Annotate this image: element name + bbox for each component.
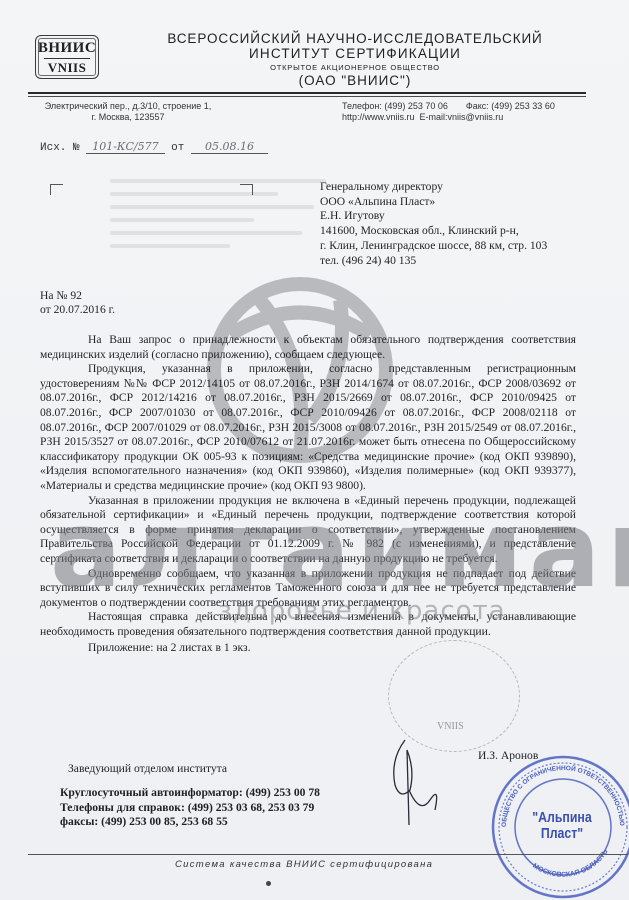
logo-ru: ВНИИС: [36, 40, 98, 57]
outgoing-date: 05.08.16: [191, 140, 268, 154]
company-stamp-label-wrap: "Альпина Пласт": [488, 752, 629, 900]
org-email: E-mail:vniis@vniis.ru: [420, 112, 504, 122]
handwritten-signature: [385, 730, 455, 830]
vniis-logo: ВНИИС VNIIS: [35, 35, 99, 79]
in-reply-to: На № 92 от 20.07.2016 г.: [40, 289, 115, 317]
date-label: от: [171, 142, 184, 154]
signatory-title: Заведующий отделом института: [68, 762, 227, 775]
address-corner-right: [240, 184, 253, 195]
outgoing-label: Исх. №: [40, 142, 80, 154]
recipient-line: 141600, Московская обл., Клинский р-н,: [320, 224, 547, 239]
reference-phones: Телефоны для справок: (499) 253 03 68, 2…: [60, 801, 320, 816]
body-paragraph: Настоящая справка действительна до внесе…: [40, 610, 576, 639]
body-paragraph: Указанная в приложении продукция не вклю…: [40, 494, 576, 567]
recipient-line: г. Клин, Ленинградское шоссе, 88 км, стр…: [320, 239, 547, 254]
org-address: Электрический пер., д.3/10, строение 1, …: [28, 101, 228, 123]
logo-divider: [44, 58, 90, 59]
recipient-block: Генеральному директору ООО «Альпина Плас…: [320, 180, 547, 268]
in-reply-number: На № 92: [40, 289, 115, 303]
bleed-through-texture: [110, 170, 350, 300]
recipient-line: Е.Н. Игутову: [320, 209, 547, 224]
document-page: ВНИИС VNIIS ВСЕРОССИЙСКИЙ НАУЧНО-ИССЛЕДО…: [0, 0, 629, 900]
letter-body: На Ваш запрос о принадлежности к объекта…: [40, 333, 576, 656]
outgoing-number: 101-КС/577: [86, 140, 164, 154]
logo-en: VNIIS: [36, 60, 98, 76]
footer-rule: [28, 854, 628, 855]
quality-certification-note: Система качества ВНИИС сертифицирована: [175, 859, 433, 870]
letterhead-rule-thin: [28, 96, 586, 97]
recipient-line: Генеральному директору: [320, 180, 547, 195]
in-reply-date: от 20.07.2016 г.: [40, 303, 115, 317]
body-paragraph: Одновременно сообщаем, что указанная в п…: [40, 567, 576, 611]
org-phone: Телефон: (499) 253 70 06: [342, 101, 448, 111]
recipient-line: тел. (496 24) 40 135: [320, 254, 547, 269]
org-fax: Факс: (499) 253 33 60: [466, 101, 555, 111]
org-type: ОТКРЫТОЕ АКЦИОНЕРНОЕ ОБЩЕСТВО: [150, 63, 560, 72]
fax-numbers: факсы: (499) 253 00 85, 253 68 55: [60, 815, 320, 830]
footer-dot: [266, 881, 271, 886]
org-contacts: Телефон: (499) 253 70 06Факс: (499) 253 …: [342, 101, 602, 123]
org-website: http://www.vniis.ru: [342, 112, 415, 122]
letterhead-rule: [28, 92, 586, 94]
address-line2: г. Москва, 123557: [28, 112, 228, 123]
body-paragraph: На Ваш запрос о принадлежности к объекта…: [40, 333, 576, 362]
org-name-line2: ИНСТИТУТ СЕРТИФИКАЦИИ: [150, 46, 560, 61]
recipient-line: ООО «Альпина Пласт»: [320, 195, 547, 210]
org-name-line1: ВСЕРОССИЙСКИЙ НАУЧНО-ИССЛЕДОВАТЕЛЬСКИЙ: [150, 31, 560, 46]
address-corner-left: [50, 184, 63, 195]
company-stamp-name: "Альпина Пласт": [514, 810, 609, 842]
body-paragraph: Продукция, указанная в приложении, согла…: [40, 362, 576, 493]
address-line1: Электрический пер., д.3/10, строение 1,: [28, 101, 228, 112]
institute-contacts: Круглосуточный автоинформатор: (499) 253…: [60, 786, 320, 830]
autoinformer: Круглосуточный автоинформатор: (499) 253…: [60, 786, 320, 801]
org-short-name: (ОАО "ВНИИС"): [150, 73, 560, 88]
outgoing-reference: Исх. № 101-КС/577 от 05.08.16: [40, 140, 268, 154]
